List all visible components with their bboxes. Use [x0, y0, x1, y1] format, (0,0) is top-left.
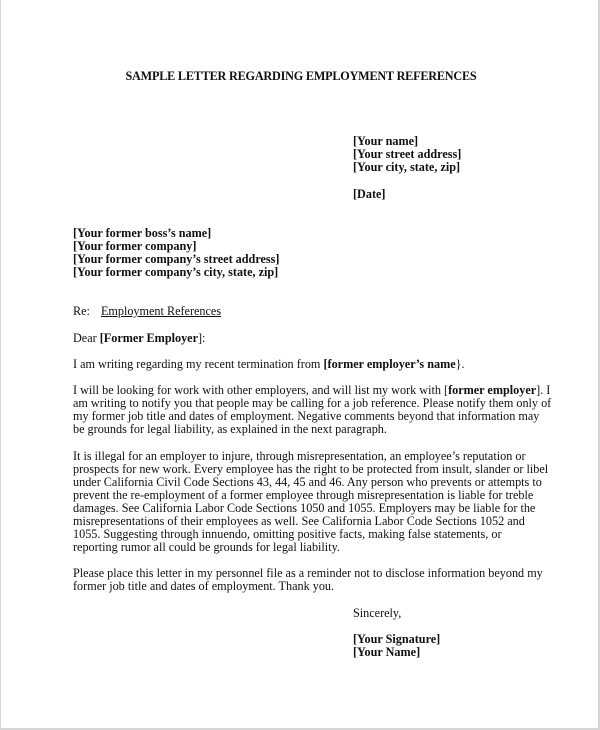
paragraph-1: I am writing regarding my recent termina… — [73, 358, 465, 371]
subject-label: Re: — [73, 304, 90, 318]
sender-address-block: [Your name] [Your street address] [Your … — [353, 135, 461, 174]
paragraph-4: Please place this letter in my personnel… — [73, 567, 543, 593]
signature-block: [Your Signature] [Your Name] — [353, 633, 440, 659]
salutation-suffix: ]: — [198, 331, 205, 345]
paragraph-2-line: be grounds for legal liability, as expla… — [73, 423, 543, 436]
paragraph-2-line-1-text: I will be looking for work with other em… — [73, 383, 448, 397]
paragraph-2: I will be looking for work with other em… — [73, 384, 543, 436]
paragraph-2-line-1-end: ]. I — [536, 383, 550, 397]
paragraph-2-placeholder: former employer — [448, 383, 536, 397]
paragraph-3: It is illegal for an employer to injure,… — [73, 450, 543, 554]
salutation: Dear [Former Employer]: — [73, 332, 205, 345]
valediction: Sincerely, — [353, 607, 401, 620]
paragraph-1-placeholder: [former employer’s name — [323, 357, 455, 371]
signer-name: [Your Name] — [353, 646, 440, 659]
salutation-prefix: Dear — [73, 331, 100, 345]
document-title: SAMPLE LETTER REGARDING EMPLOYMENT REFER… — [1, 70, 600, 83]
letter-page: SAMPLE LETTER REGARDING EMPLOYMENT REFER… — [0, 0, 600, 730]
paragraph-3-line: reporting rumor all could be grounds for… — [73, 541, 543, 554]
subject-line: Re:Employment References — [73, 305, 221, 318]
recipient-city: [Your former company’s city, state, zip] — [73, 266, 279, 279]
recipient-address-block: [Your former boss’s name] [Your former c… — [73, 227, 279, 279]
paragraph-1-text: I am writing regarding my recent termina… — [73, 357, 323, 371]
sender-city: [Your city, state, zip] — [353, 161, 461, 174]
salutation-name: [Former Employer — [100, 331, 198, 345]
paragraph-1-end: }. — [456, 357, 465, 371]
subject-text: Employment References — [101, 304, 221, 318]
paragraph-4-line: former job title and dates of employment… — [73, 580, 543, 593]
letter-date: [Date] — [353, 188, 385, 201]
